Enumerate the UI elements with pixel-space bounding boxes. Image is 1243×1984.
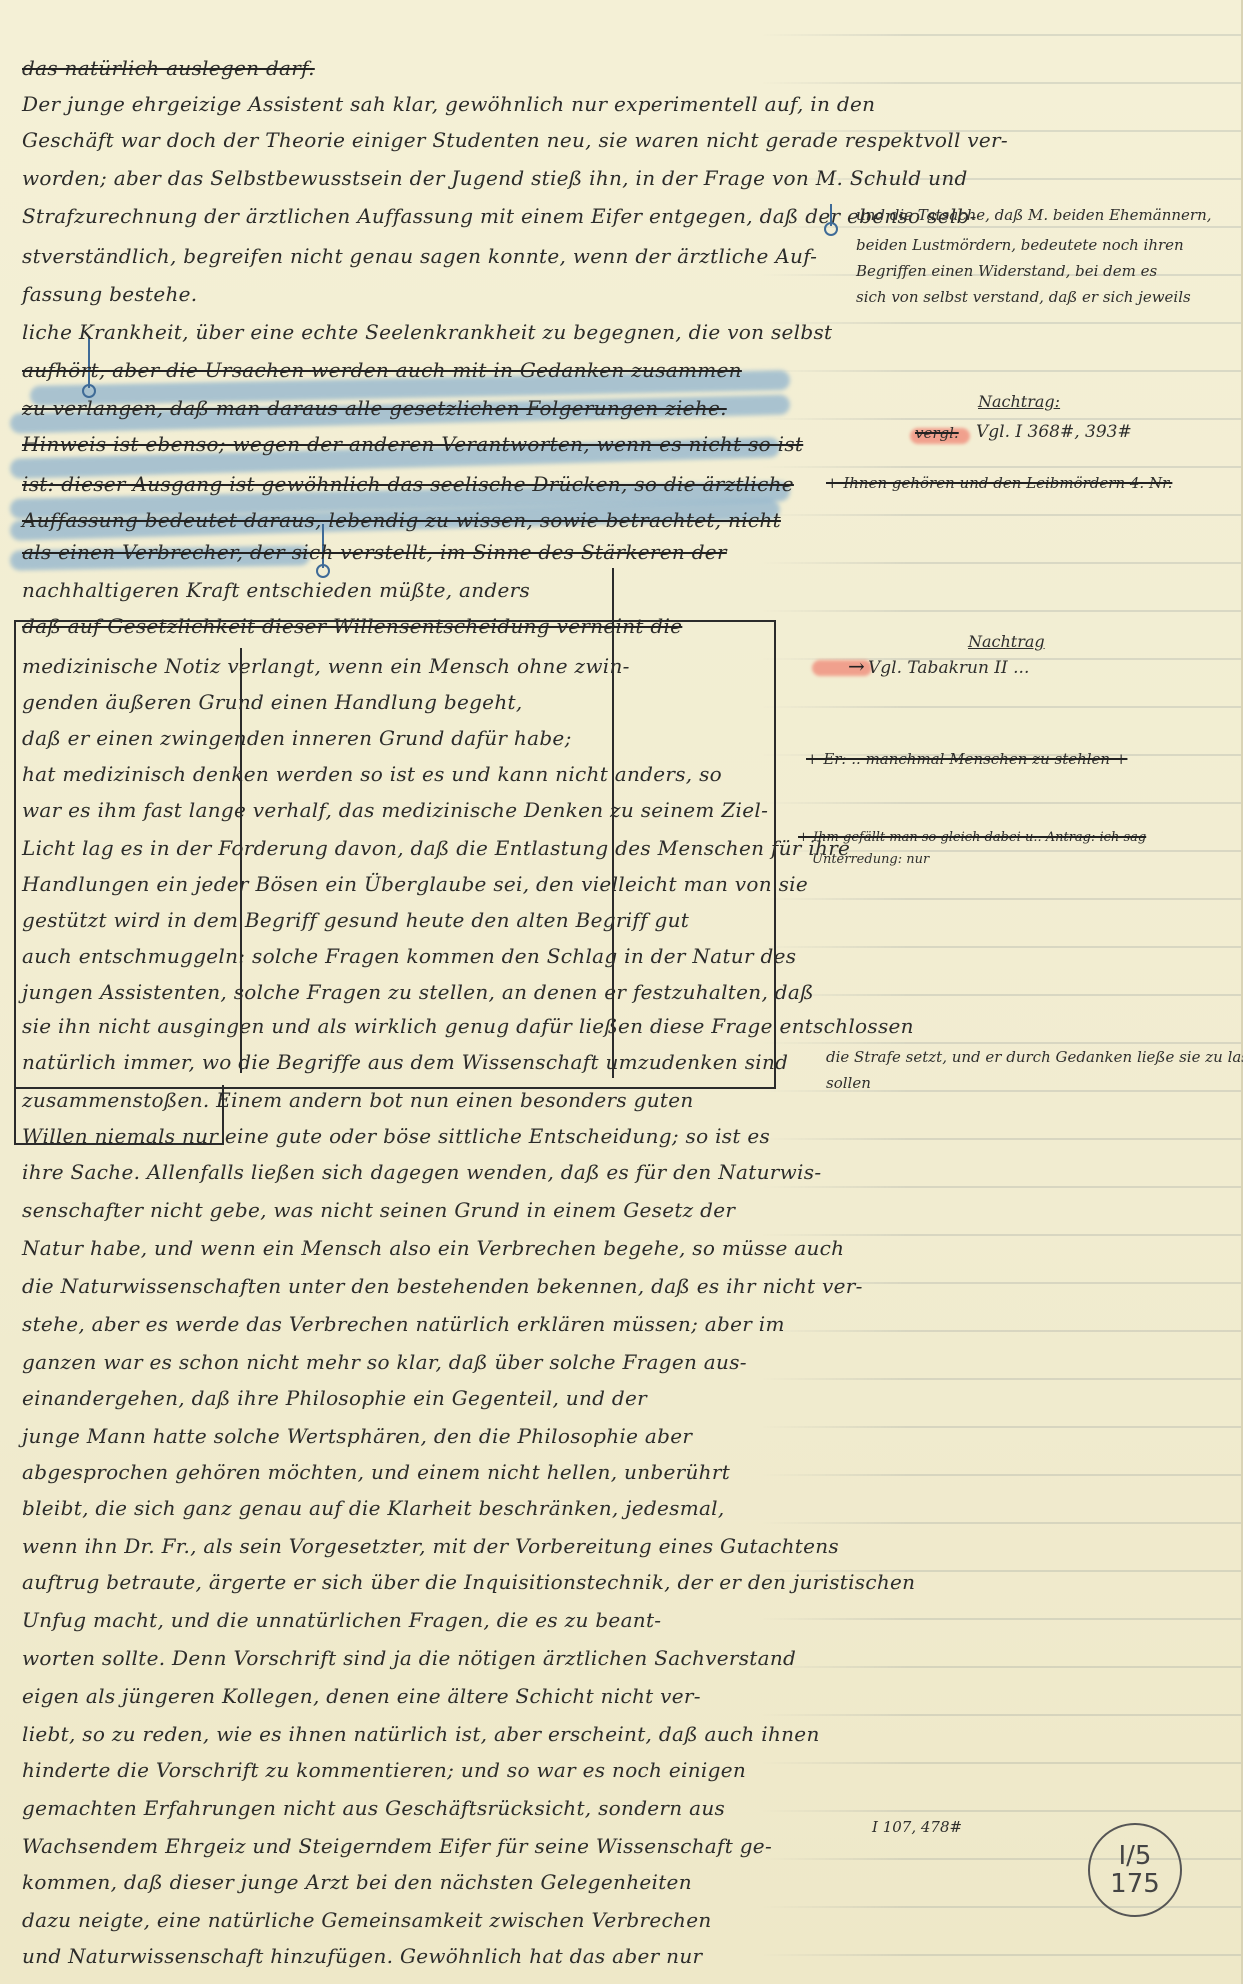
text-line: aufhört, aber die Ursachen werden auch m… xyxy=(22,358,742,382)
text-line: fassung bestehe. xyxy=(22,282,197,306)
text-line: als einen Verbrecher, der sich verstellt… xyxy=(22,540,727,564)
text-line: zu verlangen, daß man daraus alle gesetz… xyxy=(22,396,727,420)
text-line: daß er einen zwingenden inneren Grund da… xyxy=(22,726,572,750)
margin-note-line: Begriffen einen Widerstand, bei dem es xyxy=(856,262,1157,280)
margin-note-line: und die Tatsache, daß M. beiden Ehemänne… xyxy=(856,206,1212,224)
text-line: stverständlich, begreifen nicht genau sa… xyxy=(22,244,817,268)
text-line: Licht lag es in der Forderung davon, daß… xyxy=(22,836,850,860)
text-line: Handlungen ein jeder Bösen ein Überglaub… xyxy=(22,872,808,896)
archive-stamp: I/5 175 xyxy=(1088,1823,1182,1917)
text-line: Geschäft war doch der Theorie einiger St… xyxy=(22,128,1008,152)
text-line: und Naturwissenschaft hinzufügen. Gewöhn… xyxy=(22,1944,702,1968)
text-line: auftrug betraute, ärgerte er sich über d… xyxy=(22,1570,915,1594)
text-line: Hinweis ist ebenso; wegen der anderen Ve… xyxy=(22,432,803,456)
text-line: Der junge ehrgeizige Assistent sah klar,… xyxy=(22,92,875,116)
text-line: auch entschmuggeln: solche Fragen kommen… xyxy=(22,944,796,968)
text-line: worten sollte. Denn Vorschrift sind ja d… xyxy=(22,1646,796,1670)
text-line: nachhaltigeren Kraft entschieden müßte, … xyxy=(22,578,530,602)
insertion-mark-circle xyxy=(824,222,838,236)
text-line: bleibt, die sich ganz genau auf die Klar… xyxy=(22,1496,725,1520)
text-line: kommen, daß dieser junge Arzt bei den nä… xyxy=(22,1870,692,1894)
text-line: zusammenstoßen. Einem andern bot nun ein… xyxy=(22,1088,694,1112)
struck-margin-note: + Ihm gefällt man so gleich dabei u.. An… xyxy=(798,830,1146,845)
text-line: daß auf Gesetzlichkeit dieser Willensent… xyxy=(22,614,682,638)
text-line: hinderte die Vorschrift zu kommentieren;… xyxy=(22,1758,746,1782)
text-line: einandergehen, daß ihre Philosophie ein … xyxy=(22,1386,647,1410)
manuscript-page: das natürlich auslegen darf. Der junge e… xyxy=(0,0,1243,1984)
margin-note-line: Unterredung: nur xyxy=(812,852,929,867)
text-line: wenn ihn Dr. Fr., als sein Vorgesetzter,… xyxy=(22,1534,839,1558)
margin-note-line: sich von selbst verstand, daß er sich je… xyxy=(856,288,1191,306)
text-line: die Naturwissenschaften unter den besteh… xyxy=(22,1274,863,1298)
margin-note-line: beiden Lustmördern, bedeutete noch ihren xyxy=(856,236,1184,254)
text-line: abgesprochen gehören möchten, und einem … xyxy=(22,1460,730,1484)
text-line: liebt, so zu reden, wie es ihnen natürli… xyxy=(22,1722,820,1746)
text-line: natürlich immer, wo die Begriffe aus dem… xyxy=(22,1050,788,1074)
stamp-line-1: I/5 xyxy=(1119,1842,1152,1870)
arrow-icon: → xyxy=(848,654,865,678)
nachtrag-heading: Nachtrag xyxy=(968,632,1045,651)
text-line: hat medizinisch denken werden so ist es … xyxy=(22,762,722,786)
text-line: gemachten Erfahrungen nicht aus Geschäft… xyxy=(22,1796,725,1820)
insertion-mark-circle xyxy=(316,564,330,578)
struck-margin-note: + Ihnen gehören und den Leibmördern 4. N… xyxy=(826,474,1172,492)
text-line: war es ihm fast lange verhalf, das mediz… xyxy=(22,798,768,822)
text-line: sie ihn nicht ausgingen und als wirklich… xyxy=(22,1014,914,1038)
text-line: worden; aber das Selbstbewusstsein der J… xyxy=(22,166,968,190)
reference-text: Vgl. I 368#, 393# xyxy=(976,422,1132,442)
text-line: das natürlich auslegen darf. xyxy=(22,56,315,80)
text-line: stehe, aber es werde das Verbrechen natü… xyxy=(22,1312,785,1336)
text-line: Auffassung bedeutet daraus, lebendig zu … xyxy=(22,508,781,532)
text-line: Unfug macht, und die unnatürlichen Frage… xyxy=(22,1608,661,1632)
struck-margin-note: + Er: .. manchmal Menschen zu stehlen + xyxy=(806,750,1127,768)
text-line: junge Mann hatte solche Wertsphären, den… xyxy=(22,1424,692,1448)
text-line: medizinische Notiz verlangt, wenn ein Me… xyxy=(22,654,630,678)
text-line: senschafter nicht gebe, was nicht seinen… xyxy=(22,1198,735,1222)
text-line: eigen als jüngeren Kollegen, denen eine … xyxy=(22,1684,701,1708)
text-line: genden äußeren Grund einen Handlung bege… xyxy=(22,690,523,714)
stamp-line-2: 175 xyxy=(1110,1870,1160,1898)
margin-note-line: sollen xyxy=(826,1074,871,1092)
text-line: Natur habe, und wenn ein Mensch also ein… xyxy=(22,1236,844,1260)
text-line: dazu neigte, eine natürliche Gemeinsamke… xyxy=(22,1908,712,1932)
struck-word: vergl. xyxy=(915,424,959,442)
text-line: ihre Sache. Allenfalls ließen sich dageg… xyxy=(22,1160,821,1184)
text-line: liche Krankheit, über eine echte Seelenk… xyxy=(22,320,832,344)
folio-reference: I 107, 478# xyxy=(872,1818,962,1836)
text-line: Wachsendem Ehrgeiz und Steigerndem Eifer… xyxy=(22,1834,772,1858)
text-line: Willen niemals nur eine gute oder böse s… xyxy=(22,1124,770,1148)
nachtrag-heading: Nachtrag: xyxy=(978,392,1060,411)
text-line: gestützt wird in dem Begriff gesund heut… xyxy=(22,908,689,932)
margin-note-line: die Strafe setzt, und er durch Gedanken … xyxy=(826,1048,1243,1066)
text-line: ganzen war es schon nicht mehr so klar, … xyxy=(22,1350,747,1374)
reference-text: Vgl. Tabakrun II ... xyxy=(868,658,1029,678)
text-line: jungen Assistenten, solche Fragen zu ste… xyxy=(22,980,814,1004)
text-line: ist: dieser Ausgang ist gewöhnlich das s… xyxy=(22,472,794,496)
